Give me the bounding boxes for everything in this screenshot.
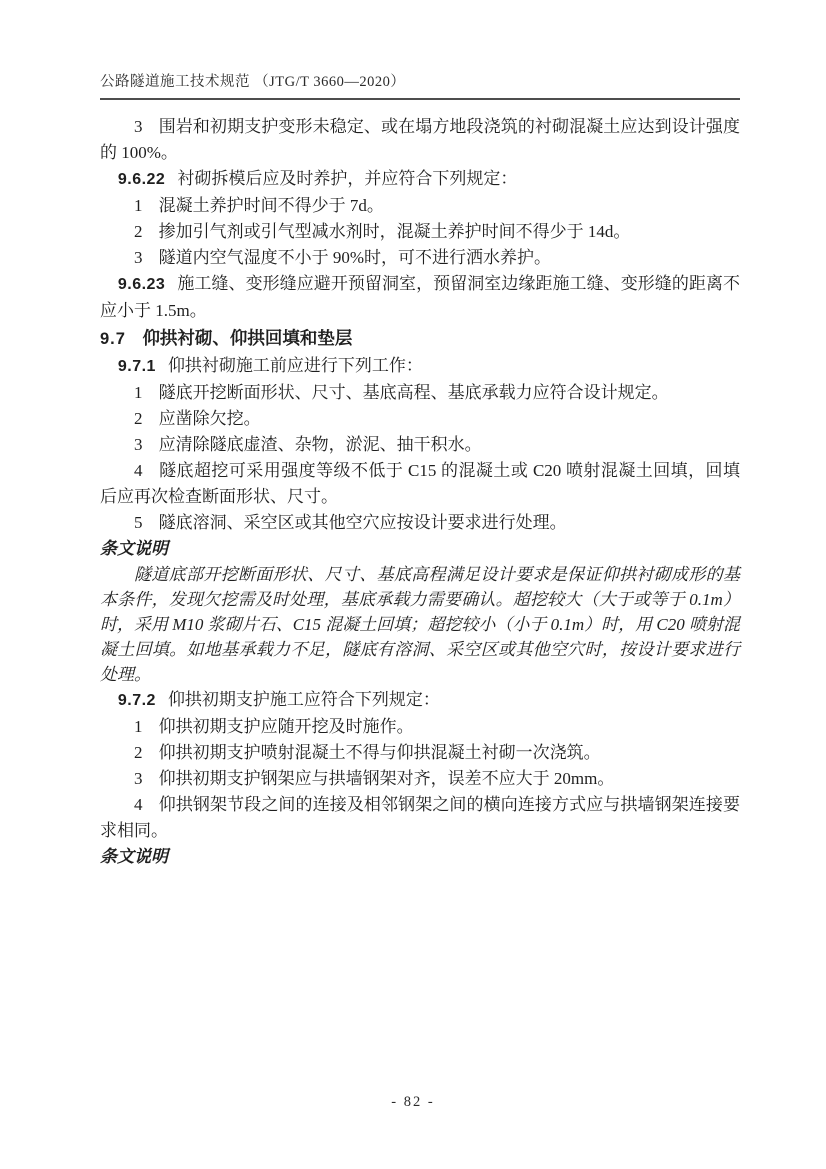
- list-item-text: 仰拱初期支护应随开挖及时施作。: [159, 717, 414, 736]
- list-item: 5隧底溶洞、采空区或其他空穴应按设计要求进行处理。: [100, 510, 740, 536]
- list-item-number: 3: [134, 248, 143, 267]
- commentary-heading: 条文说明: [100, 536, 740, 562]
- list-item: 4仰拱钢架节段之间的连接及相邻钢架之间的横向连接方式应与拱墙钢架连接要求相同。: [100, 792, 740, 844]
- list-item-text: 隧底开挖断面形状、尺寸、基底高程、基底承载力应符合设计规定。: [159, 383, 669, 402]
- list-item: 3仰拱初期支护钢架应与拱墙钢架对齐，误差不应大于 20mm。: [100, 766, 740, 792]
- clause-9-7-1: 9.7.1仰拱衬砌施工前应进行下列工作：: [100, 353, 740, 380]
- list-item-number: 3: [134, 769, 143, 788]
- list-item-text: 应清除隧底虚渣、杂物，淤泥、抽干积水。: [159, 435, 482, 454]
- list-item: 1隧底开挖断面形状、尺寸、基底高程、基底承载力应符合设计规定。: [100, 380, 740, 406]
- commentary-heading: 条文说明: [100, 844, 740, 870]
- list-item: 2仰拱初期支护喷射混凝土不得与仰拱混凝土衬砌一次浇筑。: [100, 740, 740, 766]
- clause-9-6-22: 9.6.22衬砌拆模后应及时养护，并应符合下列规定：: [100, 166, 740, 193]
- list-item-text: 隧底溶洞、采空区或其他空穴应按设计要求进行处理。: [159, 513, 567, 532]
- page-content: 3围岩和初期支护变形未稳定、或在塌方地段浇筑的衬砌混凝土应达到设计强度的 100…: [100, 114, 740, 870]
- clause-text: 施工缝、变形缝应避开预留洞室，预留洞室边缘距施工缝、变形缝的距离不应小于 1.5…: [100, 274, 740, 320]
- clause-number: 9.7.2: [118, 692, 156, 709]
- list-item-number: 3: [134, 117, 143, 136]
- list-item-number: 2: [134, 222, 143, 241]
- list-item-text: 混凝土养护时间不得少于 7d。: [159, 196, 384, 215]
- clause-9-7-2: 9.7.2仰拱初期支护施工应符合下列规定：: [100, 687, 740, 714]
- page-number: - 82 -: [391, 1094, 434, 1110]
- list-item-text: 仰拱初期支护喷射混凝土不得与仰拱混凝土衬砌一次浇筑。: [159, 743, 601, 762]
- list-item: 2掺加引气剂或引气型减水剂时，混凝土养护时间不得少于 14d。: [100, 219, 740, 245]
- page-footer: - 82 -: [0, 1094, 826, 1111]
- list-item-number: 4: [134, 461, 143, 480]
- clause-text: 仰拱初期支护施工应符合下列规定：: [168, 690, 440, 709]
- list-item-number: 3: [134, 435, 143, 454]
- clause-text: 仰拱衬砌施工前应进行下列工作：: [168, 356, 423, 375]
- list-item-carryover: 3围岩和初期支护变形未稳定、或在塌方地段浇筑的衬砌混凝土应达到设计强度的 100…: [100, 114, 740, 166]
- page-header: 公路隧道施工技术规范 （JTG/T 3660—2020）: [100, 70, 740, 100]
- list-item-text: 隧底超挖可采用强度等级不低于 C15 的混凝土或 C20 喷射混凝土回填，回填后…: [100, 461, 740, 506]
- list-item-text: 仰拱初期支护钢架应与拱墙钢架对齐，误差不应大于 20mm。: [159, 769, 615, 788]
- section-heading-9-7: 9.7仰拱衬砌、仰拱回填和垫层: [100, 324, 740, 353]
- list-item: 3隧道内空气湿度不小于 90%时，可不进行洒水养护。: [100, 245, 740, 271]
- list-item: 4隧底超挖可采用强度等级不低于 C15 的混凝土或 C20 喷射混凝土回填，回填…: [100, 458, 740, 510]
- list-item-text: 围岩和初期支护变形未稳定、或在塌方地段浇筑的衬砌混凝土应达到设计强度的 100%…: [100, 117, 740, 162]
- list-item-number: 1: [134, 383, 143, 402]
- document-page: 公路隧道施工技术规范 （JTG/T 3660—2020） 3围岩和初期支护变形未…: [0, 0, 826, 1169]
- list-item-text: 隧道内空气湿度不小于 90%时，可不进行洒水养护。: [159, 248, 551, 267]
- clause-number: 9.6.23: [118, 276, 165, 293]
- clause-number: 9.7.1: [118, 358, 156, 375]
- list-item-text: 仰拱钢架节段之间的连接及相邻钢架之间的横向连接方式应与拱墙钢架连接要求相同。: [100, 795, 740, 840]
- clause-text: 衬砌拆模后应及时养护，并应符合下列规定：: [177, 169, 517, 188]
- clause-9-6-23: 9.6.23施工缝、变形缝应避开预留洞室，预留洞室边缘距施工缝、变形缝的距离不应…: [100, 271, 740, 324]
- list-item-text: 应凿除欠挖。: [159, 409, 261, 428]
- clause-number: 9.6.22: [118, 171, 165, 188]
- list-item-number: 2: [134, 409, 143, 428]
- list-item: 1混凝土养护时间不得少于 7d。: [100, 193, 740, 219]
- section-title: 仰拱衬砌、仰拱回填和垫层: [142, 328, 352, 348]
- list-item: 2应凿除欠挖。: [100, 406, 740, 432]
- list-item-number: 5: [134, 513, 143, 532]
- list-item-number: 1: [134, 717, 143, 736]
- list-item: 1仰拱初期支护应随开挖及时施作。: [100, 714, 740, 740]
- list-item-number: 2: [134, 743, 143, 762]
- running-title: 公路隧道施工技术规范 （JTG/T 3660—2020）: [100, 74, 405, 90]
- section-number: 9.7: [100, 330, 126, 348]
- list-item: 3应清除隧底虚渣、杂物，淤泥、抽干积水。: [100, 432, 740, 458]
- commentary-paragraph: 隧道底部开挖断面形状、尺寸、基底高程满足设计要求是保证仰拱衬砌成形的基本条件，发…: [100, 562, 740, 687]
- list-item-number: 4: [134, 795, 143, 814]
- list-item-number: 1: [134, 196, 143, 215]
- list-item-text: 掺加引气剂或引气型减水剂时，混凝土养护时间不得少于 14d。: [159, 222, 631, 241]
